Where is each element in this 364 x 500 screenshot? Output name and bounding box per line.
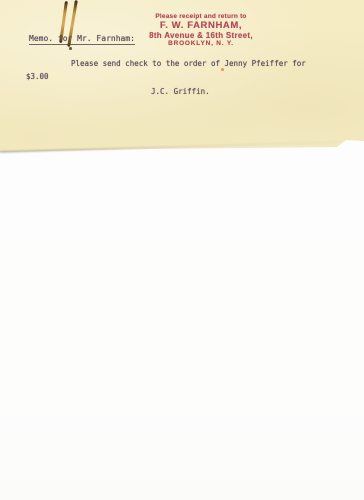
stamp-street-address: 8th Avenue & 16th Street, (134, 31, 268, 40)
pen-ink-dot (69, 47, 72, 50)
return-address-stamp: Please receipt and return to F. W. FARNH… (134, 13, 268, 48)
ink-speck (221, 68, 224, 71)
memo-amount: $3.00 (26, 72, 49, 81)
memo-card: Please receipt and return to F. W. FARNH… (0, 0, 364, 154)
memo-signature: J.C. Griffin. (151, 87, 210, 96)
memo-body-line: Please send check to the order of Jenny … (71, 59, 306, 68)
stamp-company-name: F. W. FARNHAM, (134, 21, 268, 31)
scan-background: Please receipt and return to F. W. FARNH… (0, 0, 364, 500)
memo-heading: Memo. for Mr. Farnham: (29, 34, 135, 45)
stamp-city-line: BROOKLYN, N. Y. (134, 40, 268, 48)
